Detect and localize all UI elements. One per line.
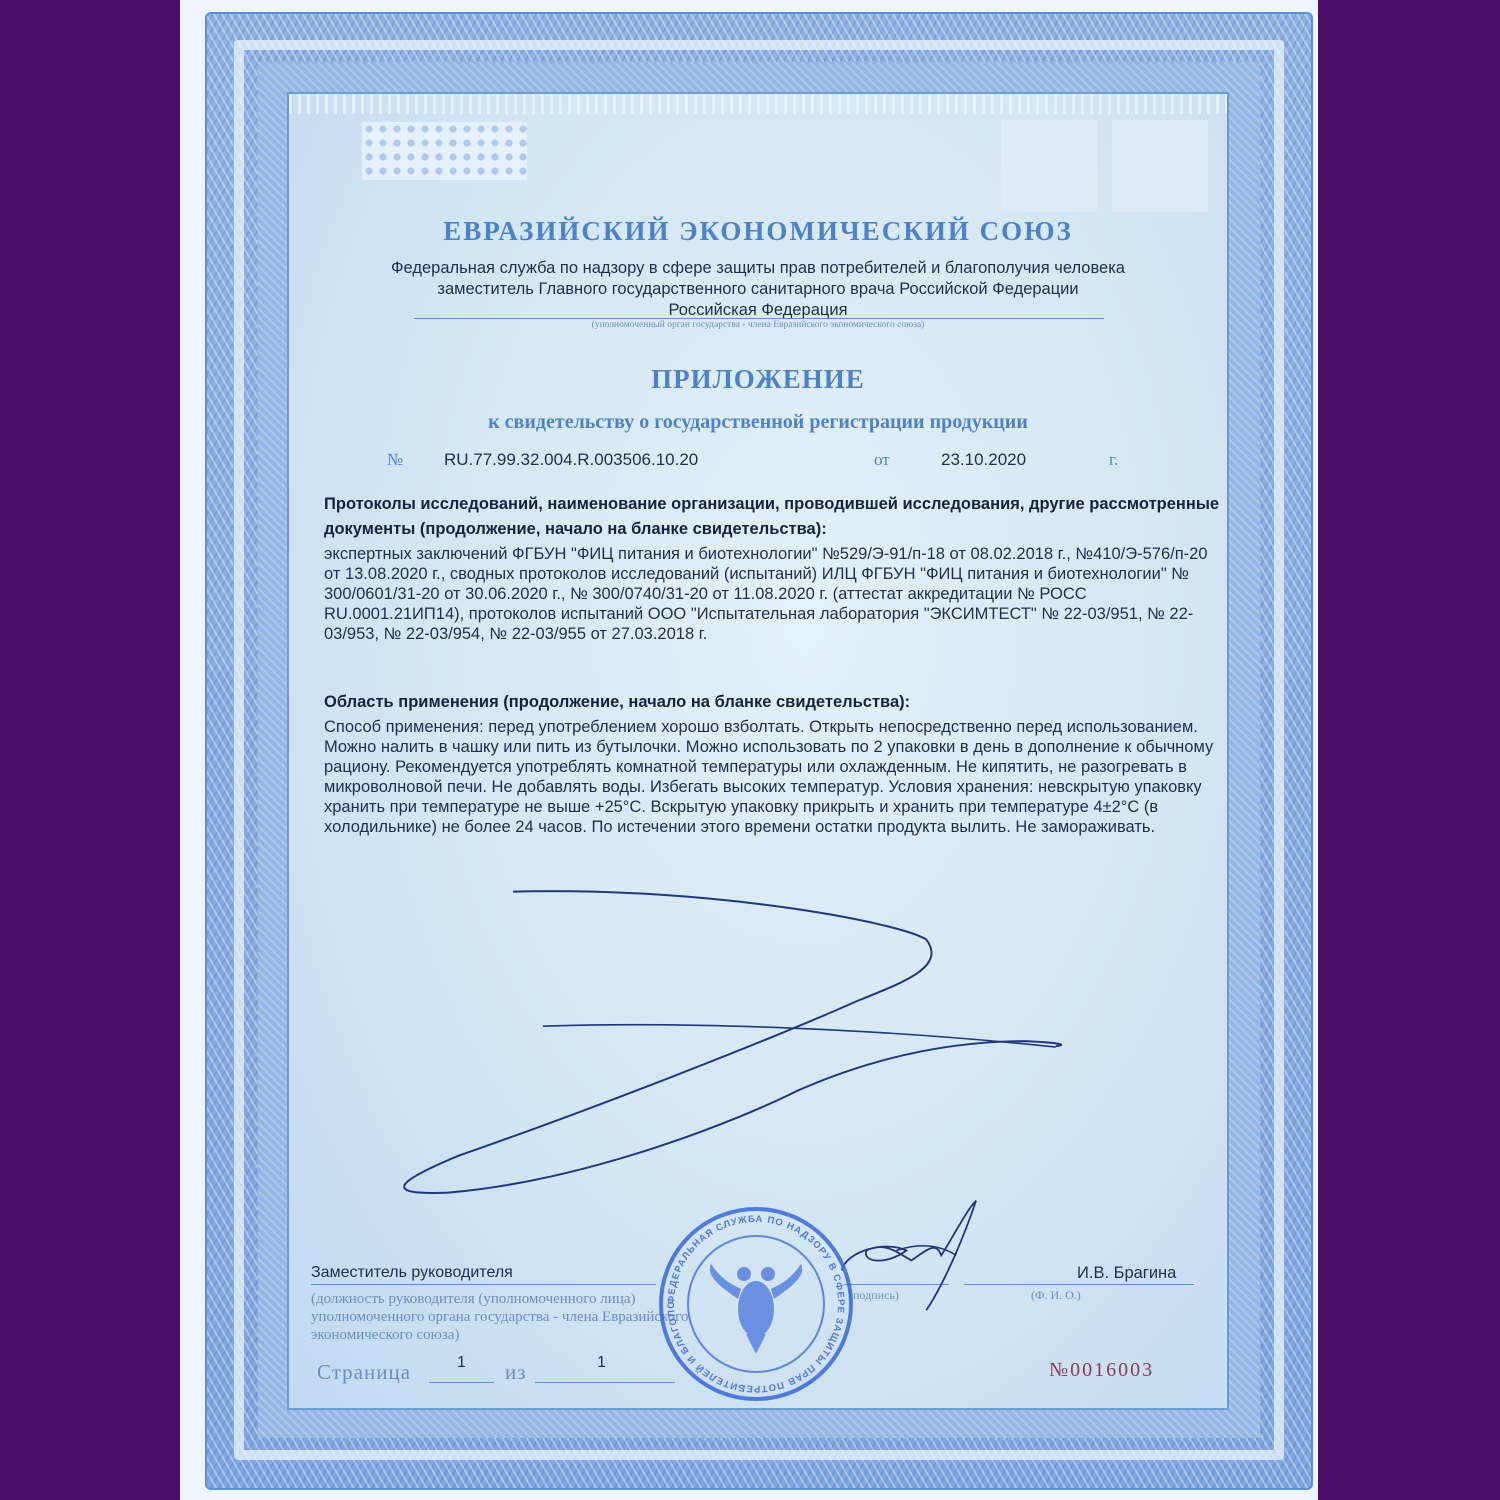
agency-caption: (уполномоченный орган государства - член… — [289, 320, 1227, 330]
hologram-icon — [362, 122, 527, 180]
position-underline — [311, 1284, 656, 1285]
page-number: 1 — [457, 1354, 466, 1372]
signatory-position: Заместитель руководителя — [311, 1264, 513, 1282]
agency-line: Федеральная служба по надзору в сфере за… — [289, 258, 1227, 279]
from-label: от — [874, 450, 890, 470]
union-title: ЕВРАЗИЙСКИЙ ЭКОНОМИЧЕСКИЙ СОЮЗ — [289, 216, 1227, 247]
serial-number: №0016003 — [1049, 1359, 1154, 1382]
annex-subtitle: к свидетельству о государственной регист… — [289, 411, 1227, 434]
signature-underline — [844, 1284, 949, 1285]
scope-heading: Область применения (продолжение, начало … — [324, 690, 1224, 715]
signatory-name: И.В. Брагина — [1077, 1264, 1176, 1283]
agency-line: заместитель Главного государственного са… — [289, 279, 1227, 300]
page-total: 1 — [597, 1354, 606, 1372]
page-underline — [429, 1382, 494, 1383]
scope-section: Область применения (продолжение, начало … — [324, 690, 1224, 837]
total-underline — [535, 1382, 675, 1383]
protocols-section: Протоколы исследований, наименование орг… — [324, 492, 1224, 644]
protocols-heading: Протоколы исследований, наименование орг… — [324, 492, 1224, 542]
position-caption: (должность руководителя (уполномоченного… — [311, 1290, 701, 1344]
signature-caption: (подпись) — [849, 1288, 899, 1303]
number-label: № — [387, 450, 403, 470]
agency-name: Федеральная служба по надзору в сфере за… — [289, 258, 1227, 321]
registration-number: RU.77.99.32.004.R.003506.10.20 — [444, 450, 698, 470]
year-suffix: г. — [1109, 450, 1118, 470]
registration-date: 23.10.2020 — [941, 450, 1026, 470]
certificate-body: ЕВРАЗИЙСКИЙ ЭКОНОМИЧЕСКИЙ СОЮЗ Федеральн… — [287, 92, 1229, 1410]
of-label: из — [505, 1360, 527, 1385]
name-underline — [964, 1284, 1194, 1285]
name-caption: (Ф. И. О.) — [1031, 1288, 1081, 1303]
official-stamp-icon: ФЕДЕРАЛЬНАЯ СЛУЖБА ПО НАДЗОРУ В СФЕРЕ ЗА… — [656, 1204, 856, 1404]
agency-underline — [414, 318, 1104, 319]
annex-title: ПРИЛОЖЕНИЕ — [289, 364, 1227, 395]
scope-body: Способ применения: перед употреблением х… — [324, 717, 1224, 837]
page-label: Страница — [317, 1360, 411, 1385]
blank-field-box — [1001, 120, 1097, 212]
registration-row: № RU.77.99.32.004.R.003506.10.20 от 23.1… — [289, 450, 1227, 474]
blank-field-box — [1112, 120, 1208, 212]
protocols-body: экспертных заключений ФГБУН "ФИЦ питания… — [324, 544, 1224, 644]
top-stripe-pattern — [289, 94, 1227, 114]
